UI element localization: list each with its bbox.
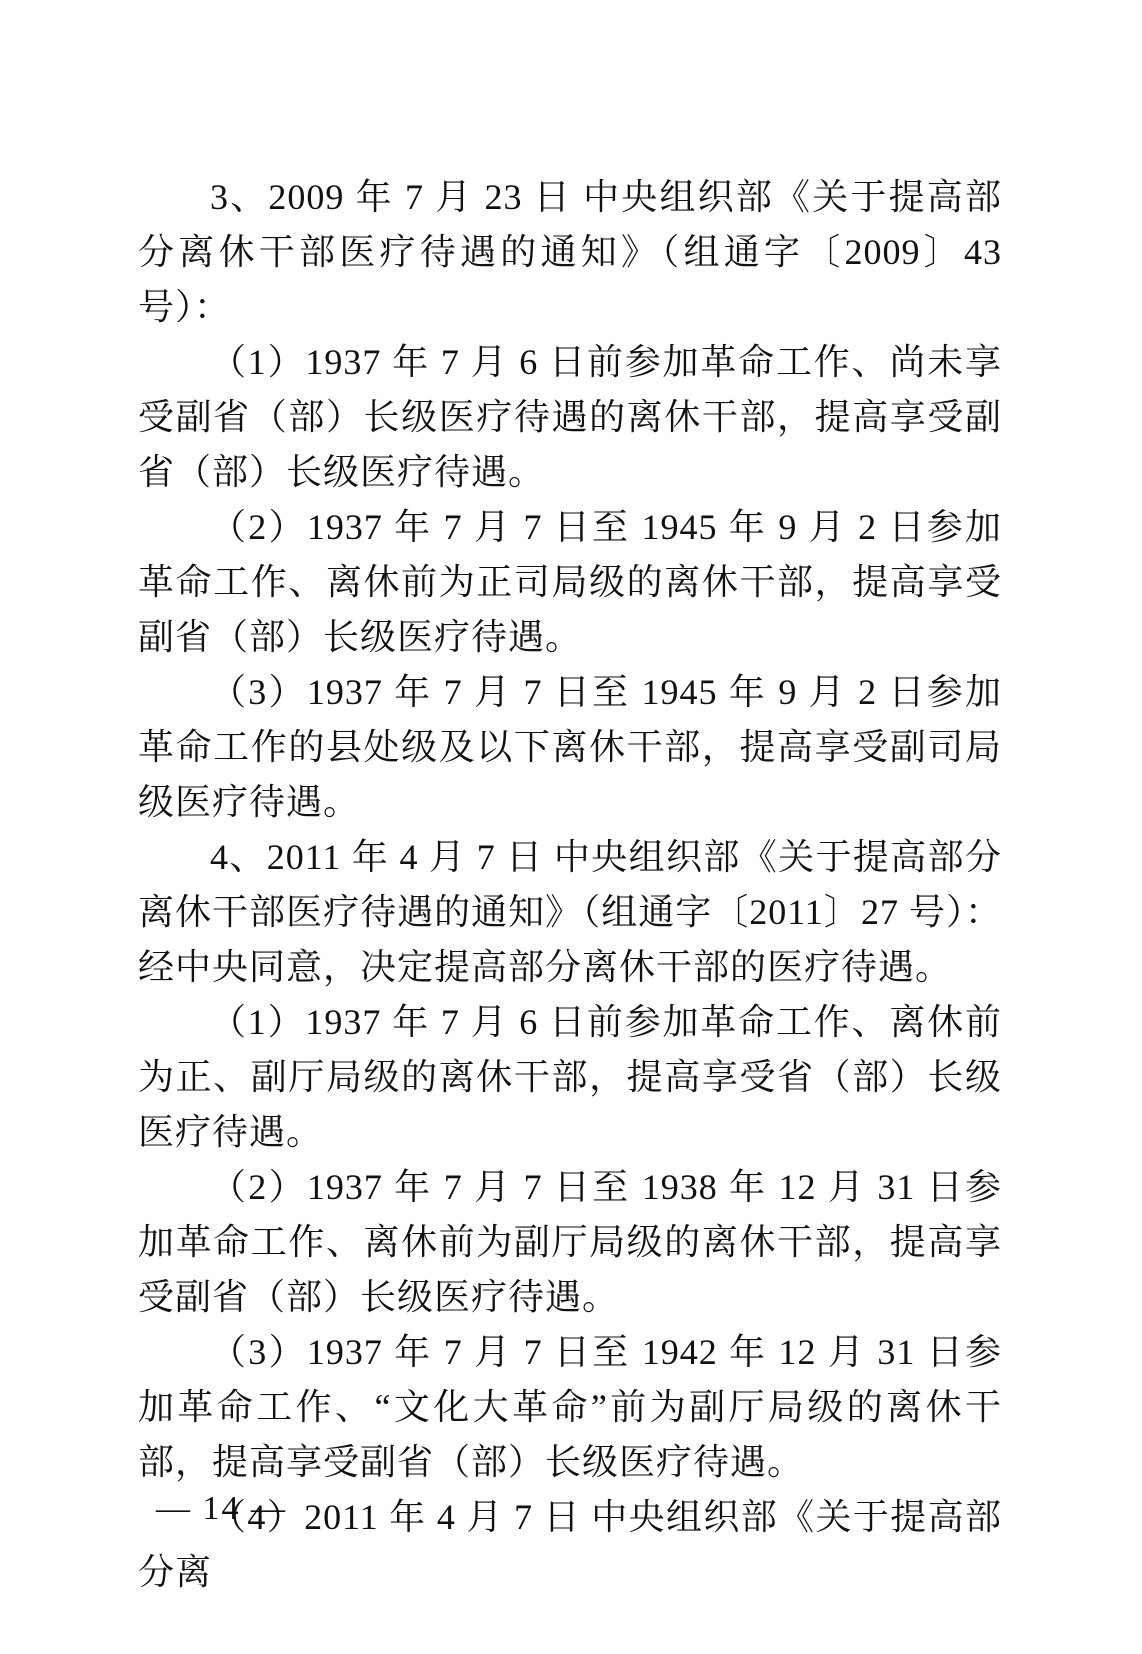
- paragraph-item-4-heading: 4、2011 年 4 月 7 日 中央组织部《关于提高部分离休干部医疗待遇的通知…: [138, 830, 1002, 995]
- paragraph-item-4-sub-3: （3）1937 年 7 月 7 日至 1942 年 12 月 31 日参加革命工…: [138, 1325, 1002, 1490]
- paragraph-item-3-sub-3: （3）1937 年 7 月 7 日至 1945 年 9 月 2 日参加革命工作的…: [138, 665, 1002, 830]
- document-page: 3、2009 年 7 月 23 日 中央组织部《关于提高部分离休干部医疗待遇的通…: [0, 0, 1142, 1654]
- paragraph-item-4-sub-2: （2）1937 年 7 月 7 日至 1938 年 12 月 31 日参加革命工…: [138, 1160, 1002, 1325]
- paragraph-item-3-sub-1: （1）1937 年 7 月 6 日前参加革命工作、尚未享受副省（部）长级医疗待遇…: [138, 335, 1002, 500]
- page-number: — 14 —: [156, 1490, 287, 1528]
- paragraph-item-4-sub-1: （1）1937 年 7 月 6 日前参加革命工作、离休前为正、副厅局级的离休干部…: [138, 995, 1002, 1160]
- document-body: 3、2009 年 7 月 23 日 中央组织部《关于提高部分离休干部医疗待遇的通…: [138, 170, 1002, 1600]
- paragraph-item-3-sub-2: （2）1937 年 7 月 7 日至 1945 年 9 月 2 日参加革命工作、…: [138, 500, 1002, 665]
- paragraph-item-3-heading: 3、2009 年 7 月 23 日 中央组织部《关于提高部分离休干部医疗待遇的通…: [138, 170, 1002, 335]
